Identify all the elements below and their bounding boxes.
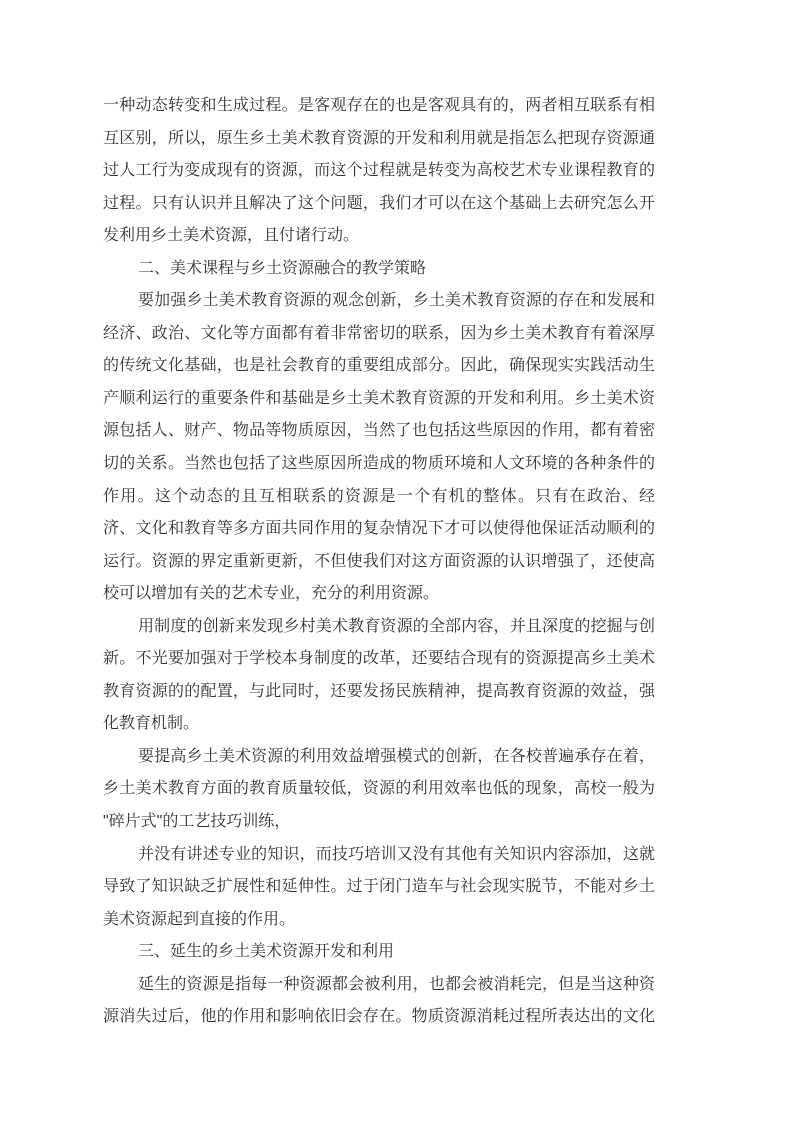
- text-line: 用制度的创新来发现乡村美术教育资源的全部内容，并且深度的挖掘与创: [103, 611, 655, 644]
- section-heading-2: 二、美术课程与乡土资源融合的教学策略: [103, 253, 655, 286]
- text-line: 延生的资源是指每一种资源都会被利用，也都会被消耗完，但是当这种资: [103, 969, 655, 1002]
- text-line: 要加强乡土美术教育资源的观念创新，乡土美术教育资源的存在和发展和: [103, 285, 655, 318]
- text-line: 经济、政治、文化等方面都有着非常密切的联系，因为乡土美术教育有着深厚: [103, 318, 655, 351]
- text-line: 发利用乡土美术资源，且付诸行动。: [103, 220, 655, 253]
- text-line: 的传统文化基础，也是社会教育的重要组成部分。因此，确保现实实践活动生: [103, 350, 655, 383]
- text-line: 产顺利运行的重要条件和基础是乡土美术教育资源的开发和利用。乡土美术资: [103, 383, 655, 416]
- text-line: 源包括人、财产、物品等物质原因，当然了也包括这些原因的作用，都有着密: [103, 415, 655, 448]
- text-line: 一种动态转变和生成过程。是客观存在的也是客观具有的，两者相互联系有相: [103, 90, 655, 123]
- text-line: 校可以增加有关的艺术专业，充分的利用资源。: [103, 578, 655, 611]
- section-heading-3: 三、延生的乡土美术资源开发和利用: [103, 936, 655, 969]
- text-line: 教育资源的的配置，与此同时，还要发扬民族精神，提高教育资源的效益，强: [103, 676, 655, 709]
- text-line: 美术资源起到直接的作用。: [103, 904, 655, 937]
- text-line: 导致了知识缺乏扩展性和延伸性。过于闭门造车与社会现实脱节，不能对乡土: [103, 871, 655, 904]
- text-line: 作用。这个动态的且互相联系的资源是一个有机的整体。只有在政治、经: [103, 481, 655, 514]
- text-line: 源消失过后，他的作用和影响依旧会存在。物质资源消耗过程所表达出的文化: [103, 1001, 655, 1034]
- text-line: 乡土美术教育方面的教育质量较低，资源的利用效率也低的现象，高校一般为: [103, 773, 655, 806]
- text-line: "碎片式"的工艺技巧训练，: [103, 806, 655, 839]
- text-line: 化教育机制。: [103, 708, 655, 741]
- text-line: 互区别，所以，原生乡土美术教育资源的开发和利用就是指怎么把现存资源通: [103, 123, 655, 156]
- text-line: 要提高乡土美术资源的利用效益增强模式的创新，在各校普遍承存在着，: [103, 741, 655, 774]
- document-page: 一种动态转变和生成过程。是客观存在的也是客观具有的，两者相互联系有相 互区别，所…: [0, 0, 794, 1123]
- text-line: 过人工行为变成现有的资源，而这个过程就是转变为高校艺术专业课程教育的: [103, 155, 655, 188]
- text-line: 济、文化和教育等多方面共同作用的复杂情况下才可以使得他保证活动顺利的: [103, 513, 655, 546]
- text-line: 切的关系。当然也包括了这些原因所造成的物质环境和人文环境的各种条件的: [103, 448, 655, 481]
- text-line: 运行。资源的界定重新更新，不但使我们对这方面资源的认识增强了，还使高: [103, 546, 655, 579]
- text-block: 一种动态转变和生成过程。是客观存在的也是客观具有的，两者相互联系有相 互区别，所…: [103, 90, 655, 1034]
- text-line: 过程。只有认识并且解决了这个问题，我们才可以在这个基础上去研究怎么开: [103, 188, 655, 221]
- text-line: 新。不光要加强对于学校本身制度的改革，还要结合现有的资源提高乡土美术: [103, 643, 655, 676]
- text-line: 并没有讲述专业的知识，而技巧培训又没有其他有关知识内容添加，这就: [103, 839, 655, 872]
